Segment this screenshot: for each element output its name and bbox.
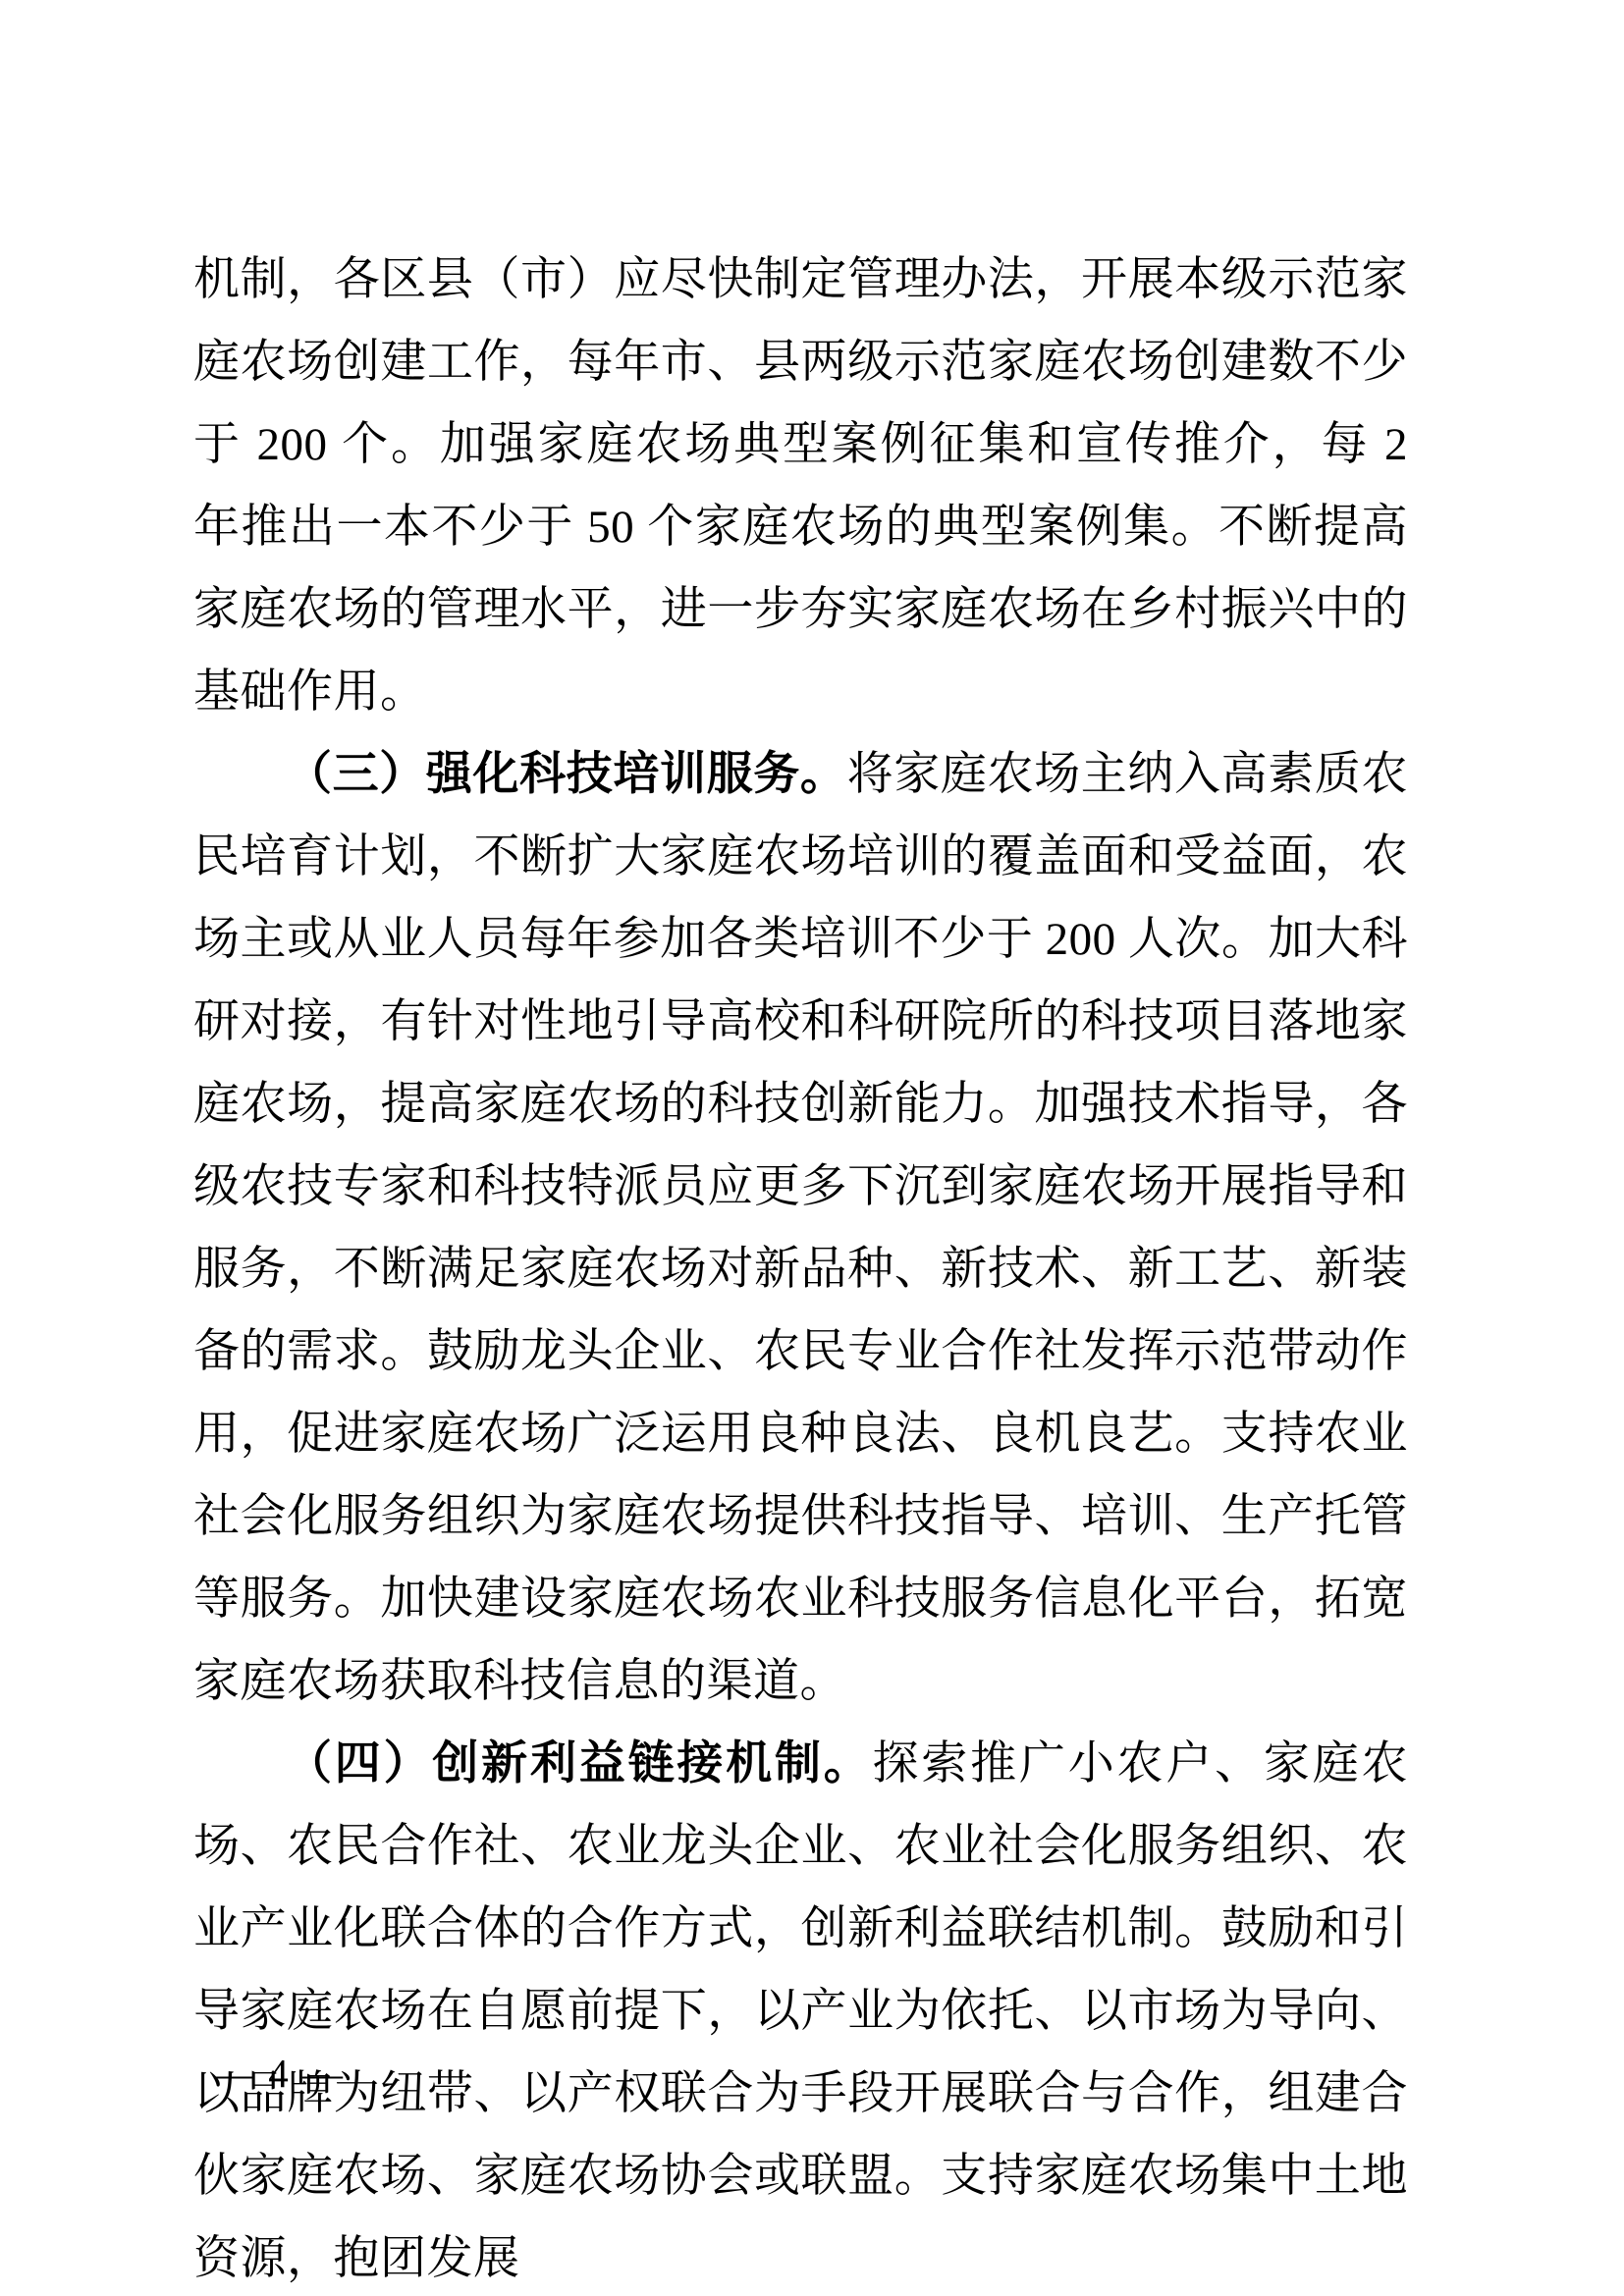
- paragraph-lead: （四）创新利益链接机制。: [286, 1738, 873, 1789]
- document-body: 机制，各区县（市）应尽快制定管理办法，开展本级示范家庭农场创建工作，每年市、县两…: [193, 239, 1408, 2296]
- paragraph-lead: （三）强化科技培训服务。: [286, 749, 847, 800]
- paragraph: （三）强化科技培训服务。将家庭农场主纳入高素质农民培育计划，不断扩大家庭农场培训…: [193, 733, 1408, 1723]
- paragraph-text: 探索推广小农户、家庭农场、农民合作社、农业龙头企业、农业社会化服务组织、农业产业…: [193, 1738, 1408, 2284]
- paragraph: （四）创新利益链接机制。探索推广小农户、家庭农场、农民合作社、农业龙头企业、农业…: [193, 1723, 1408, 2296]
- paragraph-text: 将家庭农场主纳入高素质农民培育计划，不断扩大家庭农场培训的覆盖面和受益面，农场主…: [193, 749, 1408, 1707]
- paragraph-text: 机制，各区县（市）应尽快制定管理办法，开展本级示范家庭农场创建工作，每年市、县两…: [193, 254, 1408, 718]
- paragraph: 机制，各区县（市）应尽快制定管理办法，开展本级示范家庭农场创建工作，每年市、县两…: [193, 239, 1408, 733]
- document-page: 机制，各区县（市）应尽快制定管理办法，开展本级示范家庭农场创建工作，每年市、县两…: [0, 0, 1624, 2296]
- page-number: — 4 —: [214, 2050, 345, 2097]
